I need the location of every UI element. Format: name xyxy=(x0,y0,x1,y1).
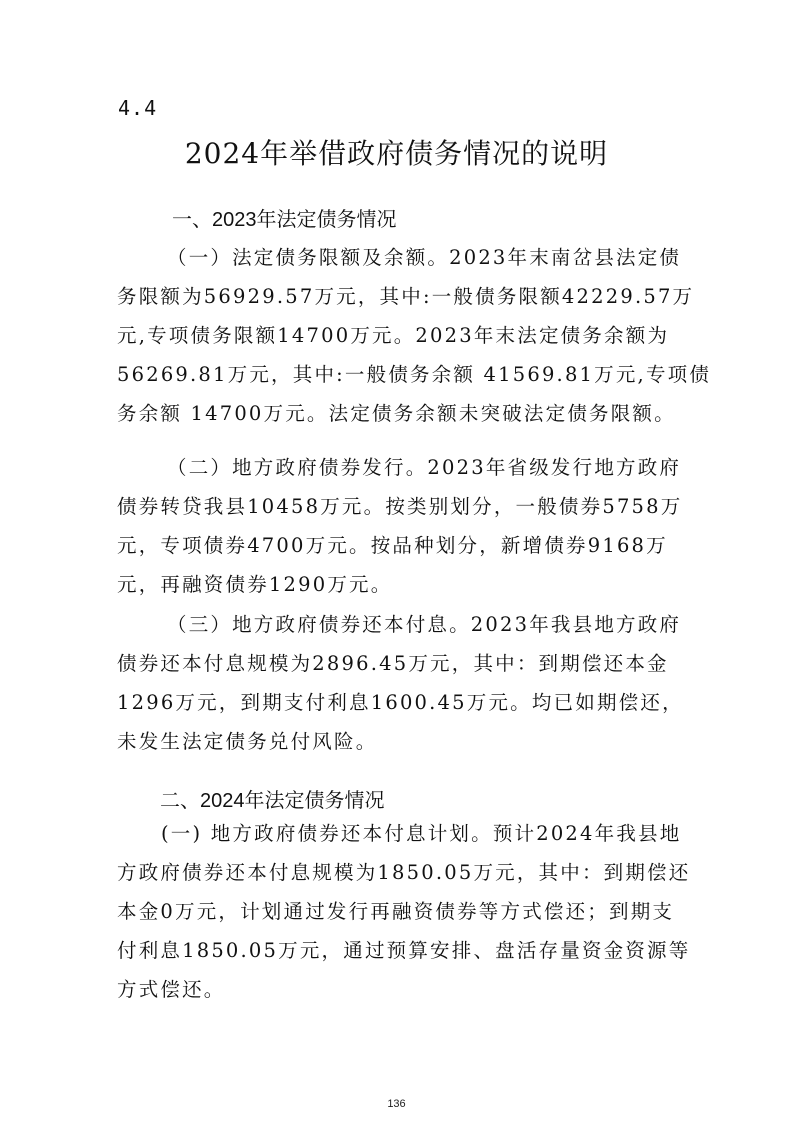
text-line: 债券转贷我县10458万元。按类别划分，一般债券5758万 xyxy=(117,487,677,526)
text-line: 1296万元，到期支付利息1600.45万元。均已如期偿还， xyxy=(117,683,677,722)
text-line: 方式偿还。 xyxy=(117,970,677,1009)
paragraph-debt-limit-balance: （一）法定债务限额及余额。2023年末南岔县法定债 务限额为56929.57万元… xyxy=(117,238,677,433)
section-heading-2024: 二、2024年法定债务情况 xyxy=(160,784,385,813)
text-line: 未发生法定债务兑付风险。 xyxy=(117,722,677,761)
text-line: 本金0万元，计划通过发行再融资债券等方式偿还；到期支 xyxy=(117,892,677,931)
text-line: 56269.81万元，其中:一般债务余额 41569.81万元,专项债 xyxy=(117,355,677,394)
text-line: （一）法定债务限额及余额。2023年末南岔县法定债 xyxy=(117,238,677,277)
text-line: 元，再融资债券1290万元。 xyxy=(117,565,677,604)
paragraph-bond-repayment: （三）地方政府债券还本付息。2023年我县地方政府 债券还本付息规模为2896.… xyxy=(117,605,677,761)
text-line: （二）地方政府债券发行。2023年省级发行地方政府 xyxy=(117,448,677,487)
paragraph-repayment-plan: (一) 地方政府债券还本付息计划。预计2024年我县地 方政府债券还本付息规模为… xyxy=(117,814,677,1009)
text-line: (一) 地方政府债券还本付息计划。预计2024年我县地 xyxy=(117,814,677,853)
text-line: 元，专项债券4700万元。按品种划分，新增债券9168万 xyxy=(117,526,677,565)
text-line: （三）地方政府债券还本付息。2023年我县地方政府 xyxy=(117,605,677,644)
text-line: 方政府债券还本付息规模为1850.05万元，其中：到期偿还 xyxy=(117,853,677,892)
document-page: 4.4 2024年举借政府债务情况的说明 一、2023年法定债务情况 （一）法定… xyxy=(0,0,793,1122)
paragraph-bond-issuance: （二）地方政府债券发行。2023年省级发行地方政府 债券转贷我县10458万元。… xyxy=(117,448,677,604)
page-title: 2024年举借政府债务情况的说明 xyxy=(0,132,793,172)
text-line: 债券还本付息规模为2896.45万元，其中：到期偿还本金 xyxy=(117,644,677,683)
page-number: 136 xyxy=(0,1098,793,1110)
text-line: 务余额 14700万元。法定债务余额未突破法定债务限额。 xyxy=(117,394,677,433)
text-line: 付利息1850.05万元，通过预算安排、盘活存量资金资源等 xyxy=(117,931,677,970)
text-line: 务限额为56929.57万元，其中:一般债务限额42229.57万 xyxy=(117,277,677,316)
section-number: 4.4 xyxy=(118,96,157,120)
section-heading-2023: 一、2023年法定债务情况 xyxy=(172,203,397,232)
text-line: 元,专项债务限额14700万元。2023年末法定债务余额为 xyxy=(117,316,677,355)
